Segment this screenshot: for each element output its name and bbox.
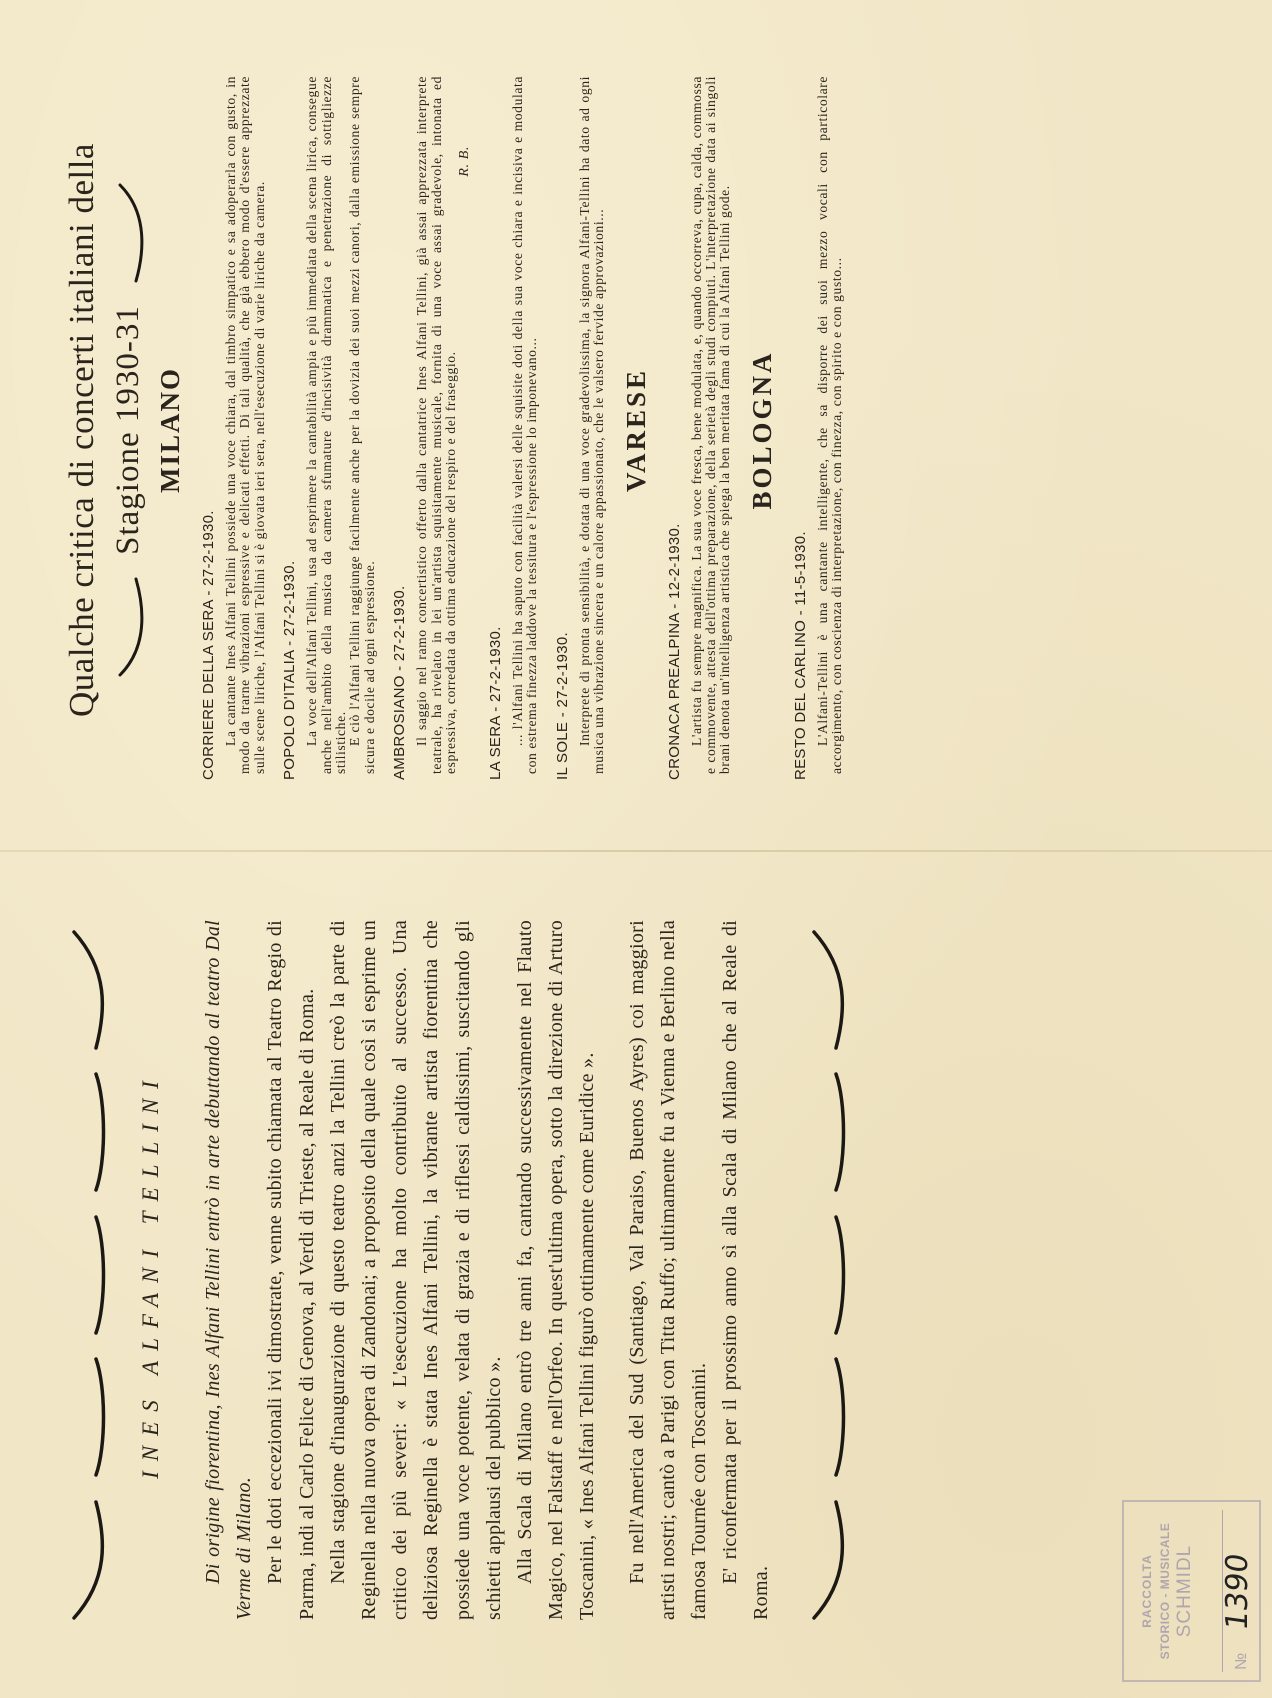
review-source: IL SOLE - 27-2-1930. [554, 76, 571, 780]
right-swash-ornament-icon [114, 183, 144, 283]
reviews-title: Qualche critica di concerti italiani del… [62, 30, 102, 830]
review-source: RESTO DEL CARLINO - 11-5-1930. [792, 76, 809, 780]
top-ornament-row [62, 890, 110, 1660]
swash-ornament-icon [806, 1215, 846, 1335]
stamp-line-1: RACCOLTA [1140, 1502, 1154, 1680]
archive-stamp: RACCOLTA STORICO - MUSICALE SCHMIDL № 13… [1122, 1500, 1261, 1682]
review-text: Il saggio nel ramo concertistico offerto… [415, 76, 473, 774]
left-swash-ornament-icon [114, 577, 144, 677]
milano-reviews: CORRIERE DELLA SERA - 27-2-1930. La cant… [200, 30, 607, 830]
review-paragraph: E ciò l'Alfani Tellini raggiunge facilme… [348, 76, 377, 774]
swash-ornament-icon [66, 1500, 106, 1620]
biography-text: Di origine fiorentina, Ines Alfani Telli… [198, 890, 778, 1660]
review-paragraph: L'Alfani-Tellini è una cantante intellig… [816, 76, 845, 774]
review-source: AMBROSIANO - 27-2-1930. [391, 76, 408, 780]
review-text: La voce dell'Alfani Tellini, usa ad espr… [305, 76, 377, 774]
swash-ornament-icon [66, 1215, 106, 1335]
fold-line [0, 850, 1272, 852]
swash-ornament-icon [66, 1358, 106, 1478]
bio-paragraph: Nella stagione d'inaugurazione di questo… [323, 920, 510, 1620]
review-paragraph: La cantante Ines Alfani Tellini possiede… [224, 76, 267, 774]
biography-panel: INES ALFANI TELLINI Di origine fiorentin… [62, 890, 1022, 1660]
review-text: L'Alfani-Tellini è una cantante intellig… [816, 76, 845, 774]
review-source: CORRIERE DELLA SERA - 27-2-1930. [200, 76, 217, 780]
season-row: Stagione 1930-31 [110, 30, 147, 830]
stamp-line-3: SCHMIDL [1174, 1502, 1196, 1680]
bologna-reviews: RESTO DEL CARLINO - 11-5-1930. L'Alfani-… [792, 30, 845, 830]
swash-ornament-icon [806, 1073, 846, 1193]
city-heading-varese: VARESE [621, 30, 652, 830]
city-heading-milano: MILANO [155, 30, 186, 830]
bio-paragraph: Per le doti eccezionali ivi dimostrate, … [260, 920, 322, 1620]
archive-stamp-content: RACCOLTA STORICO - MUSICALE SCHMIDL № 13… [1124, 1502, 1259, 1680]
bio-paragraph: Fu nell'America del Sud (Santiago, Val P… [622, 920, 716, 1620]
stamp-handwritten-number: 1390 [1220, 1551, 1255, 1632]
bottom-ornament-row [802, 890, 850, 1660]
bio-paragraph: Di origine fiorentina, Ines Alfani Telli… [198, 920, 260, 1620]
swash-ornament-icon [806, 1500, 846, 1620]
review-paragraph: Il saggio nel ramo concertistico offerto… [415, 76, 458, 774]
city-heading-bologna: BOLOGNA [747, 30, 778, 830]
review-source: LA SERA - 27-2-1930. [487, 76, 504, 780]
bio-paragraph: Alla Scala di Milano entrò tre anni fa, … [510, 920, 604, 1620]
review-text: La cantante Ines Alfani Tellini possiede… [224, 76, 267, 774]
varese-reviews: CRONACA PREALPINA - 12-2-1930. L'artista… [666, 30, 733, 830]
review-signature: R. B. [458, 76, 472, 774]
review-paragraph: L'artista fu sempre magnifica. La sua vo… [690, 76, 733, 774]
review-paragraph: La voce dell'Alfani Tellini, usa ad espr… [305, 76, 348, 774]
review-text: ... l'Alfani Tellini ha saputo con facil… [511, 76, 540, 774]
review-paragraph: Interprete di pronta sensibilità, e dota… [578, 76, 607, 774]
season-label: Stagione 1930-31 [110, 305, 147, 555]
swash-ornament-icon [806, 1358, 846, 1478]
swash-ornament-icon [66, 1073, 106, 1193]
review-source: CRONACA PREALPINA - 12-2-1930. [666, 76, 683, 780]
reviews-panel: Qualche critica di concerti italiani del… [62, 30, 1062, 830]
review-source: POPOLO D'ITALIA - 27-2-1930. [281, 76, 298, 780]
review-paragraph: ... l'Alfani Tellini ha saputo con facil… [511, 76, 540, 774]
review-text: L'artista fu sempre magnifica. La sua vo… [690, 76, 733, 774]
stamp-number-label: № [1233, 1653, 1251, 1670]
swash-ornament-icon [806, 930, 846, 1050]
swash-ornament-icon [66, 930, 106, 1050]
bio-paragraph: E' riconfermata per il prossimo anno sì … [715, 920, 777, 1620]
stamp-line-2: STORICO - MUSICALE [1158, 1502, 1172, 1680]
review-text: Interprete di pronta sensibilità, e dota… [578, 76, 607, 774]
biography-title: INES ALFANI TELLINI [138, 890, 164, 1660]
